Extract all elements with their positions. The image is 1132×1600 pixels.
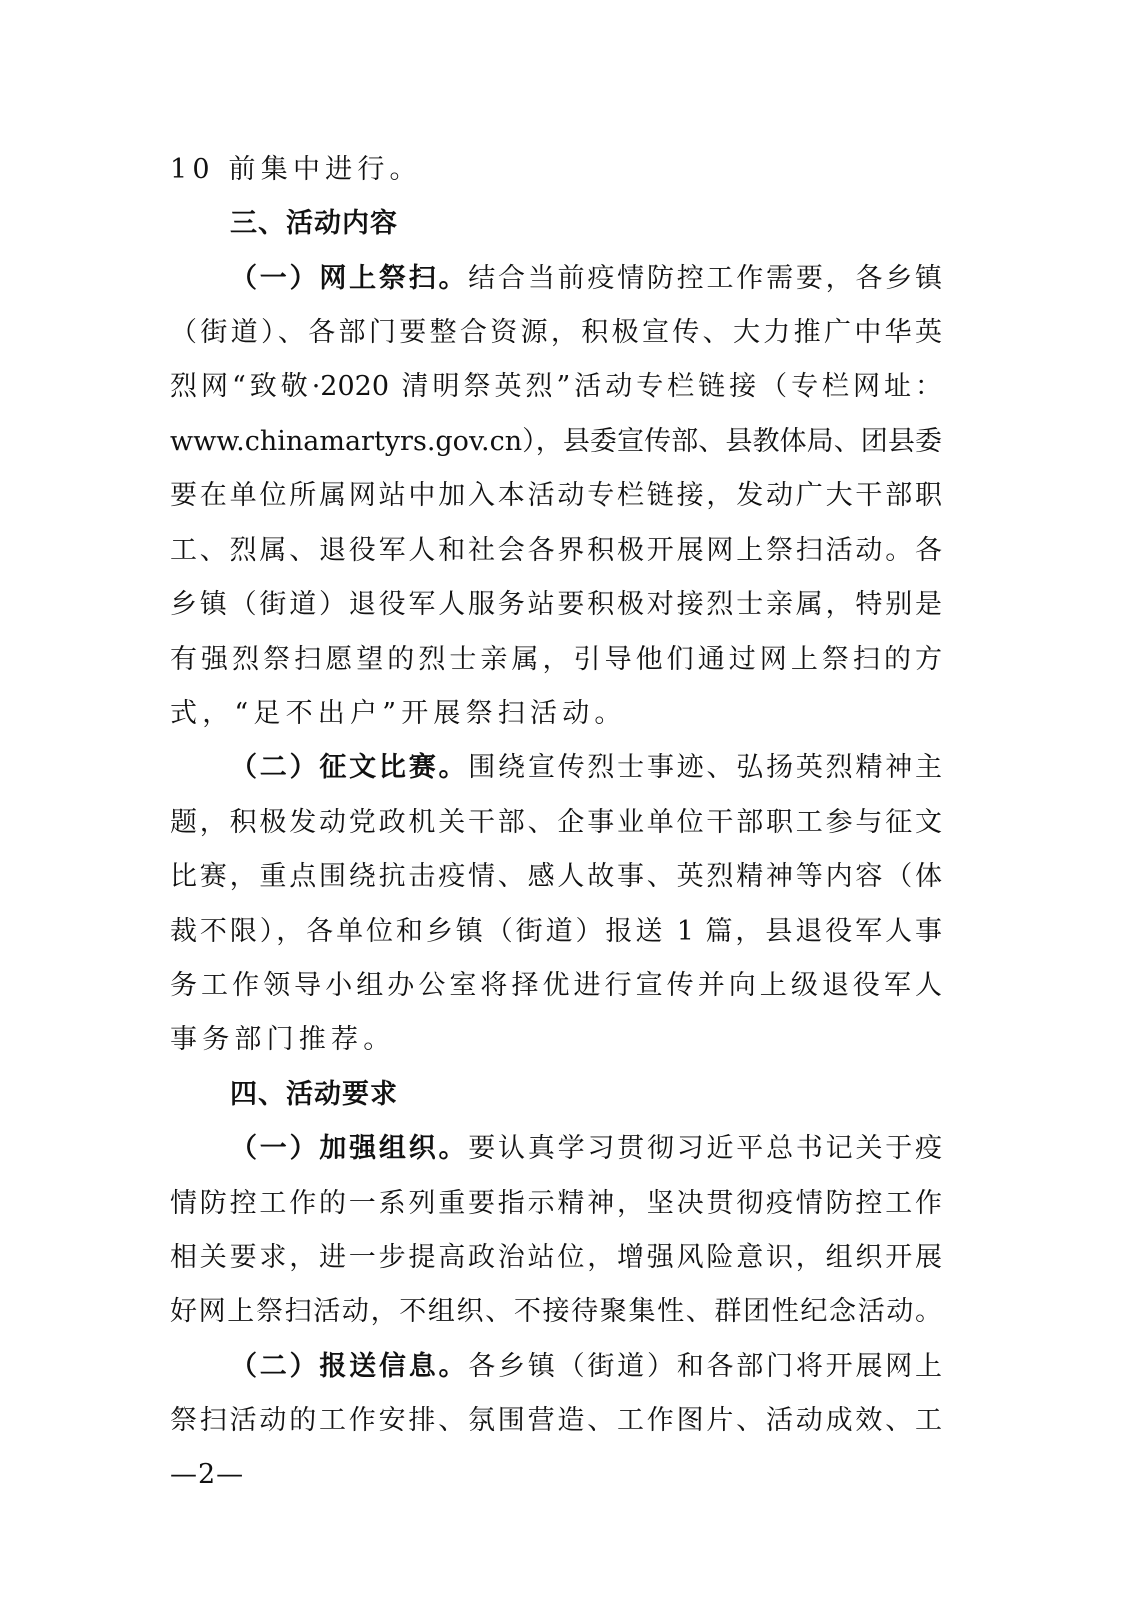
paragraph-line: 务工作领导小组办公室将择优进行宣传并向上级退役军人: [170, 959, 942, 1013]
line-text: 式，“足不出户”开展祭扫活动。: [170, 698, 627, 729]
paragraph-line: 烈网“致敬·2020 清明祭英烈”活动专栏链接（专栏网址：: [170, 360, 942, 414]
paragraph-line: 相关要求，进一步提高政治站位，增强风险意识，组织开展: [170, 1231, 942, 1285]
line-text: 10 前集中进行。: [170, 154, 422, 185]
line-text: 烈网“致敬·2020 清明祭英烈”活动专栏链接（专栏网址：: [170, 371, 942, 402]
line-text: 乡镇（街道）退役军人服务站要积极对接烈士亲属，特别是: [170, 589, 942, 620]
line-text: 工、烈属、退役军人和社会各界积极开展网上祭扫活动。各: [170, 535, 942, 566]
line-text: 有强烈祭扫愿望的烈士亲属，引导他们通过网上祭扫的方: [170, 644, 942, 675]
subheading-strengthen-organization: （一）加强组织。: [230, 1133, 468, 1164]
paragraph-line: 祭扫活动的工作安排、氛围营造、工作图片、活动成效、工: [170, 1394, 942, 1448]
paragraph-line: 乡镇（街道）退役军人服务站要积极对接烈士亲属，特别是: [170, 578, 942, 632]
line-text: 要认真学习贯彻习近平总书记关于疫: [468, 1133, 942, 1164]
line-text: 裁不限），各单位和乡镇（街道）报送 1 篇，县退役军人事: [170, 916, 942, 947]
subheading-report-information: （二）报送信息。: [230, 1351, 468, 1382]
heading-text: 四、活动要求: [230, 1079, 398, 1110]
page-number: —2—: [170, 1455, 244, 1495]
paragraph-line-url: www.chinamartyrs.gov.cn），县委宣传部、县教体局、团县委: [170, 415, 942, 469]
paragraph-line: （二）征文比赛。围绕宣传烈士事迹、弘扬英烈精神主: [170, 741, 942, 795]
paragraph-line: （街道）、各部门要整合资源，积极宣传、大力推广中华英: [170, 306, 942, 360]
paragraph-line: 10 前集中进行。: [170, 143, 942, 197]
line-text: 要在单位所属网站中加入本活动专栏链接，发动广大干部职: [170, 480, 942, 511]
subheading-online-tomb-sweeping: （一）网上祭扫。: [230, 263, 468, 294]
section-heading-4: 四、活动要求: [170, 1068, 942, 1122]
line-text: 情防控工作的一系列重要指示精神，坚决贯彻疫情防控工作: [170, 1188, 942, 1219]
line-text: 好网上祭扫活动，不组织、不接待聚集性、群团性纪念活动。: [170, 1296, 942, 1327]
paragraph-line: 好网上祭扫活动，不组织、不接待聚集性、群团性纪念活动。: [170, 1285, 942, 1339]
paragraph-line: 工、烈属、退役军人和社会各界积极开展网上祭扫活动。各: [170, 524, 942, 578]
paragraph-line: （一）网上祭扫。结合当前疫情防控工作需要，各乡镇: [170, 252, 942, 306]
paragraph-line: 裁不限），各单位和乡镇（街道）报送 1 篇，县退役军人事: [170, 905, 942, 959]
line-text: www.chinamartyrs.gov.cn），县委宣传部、县教体局、团县委: [170, 426, 942, 457]
paragraph-line: 式，“足不出户”开展祭扫活动。: [170, 687, 942, 741]
line-text: 相关要求，进一步提高政治站位，增强风险意识，组织开展: [170, 1242, 942, 1273]
paragraph-line: 有强烈祭扫愿望的烈士亲属，引导他们通过网上祭扫的方: [170, 633, 942, 687]
paragraph-line: 要在单位所属网站中加入本活动专栏链接，发动广大干部职: [170, 469, 942, 523]
line-text: 事务部门推荐。: [170, 1024, 395, 1055]
line-text: 题，积极发动党政机关干部、企事业单位干部职工参与征文: [170, 807, 942, 838]
paragraph-line: 事务部门推荐。: [170, 1013, 942, 1067]
line-text: （街道）、各部门要整合资源，积极宣传、大力推广中华英: [170, 317, 942, 348]
line-text: 务工作领导小组办公室将择优进行宣传并向上级退役军人: [170, 970, 942, 1001]
paragraph-line: 情防控工作的一系列重要指示精神，坚决贯彻疫情防控工作: [170, 1177, 942, 1231]
line-text: 比赛，重点围绕抗击疫情、感人故事、英烈精神等内容（体: [170, 861, 942, 892]
document-page: 10 前集中进行。 三、活动内容 （一）网上祭扫。结合当前疫情防控工作需要，各乡…: [0, 0, 1132, 1600]
section-heading-3: 三、活动内容: [170, 197, 942, 251]
paragraph-line: 比赛，重点围绕抗击疫情、感人故事、英烈精神等内容（体: [170, 850, 942, 904]
line-text: 围绕宣传烈士事迹、弘扬英烈精神主: [468, 752, 942, 783]
paragraph-line: （一）加强组织。要认真学习贯彻习近平总书记关于疫: [170, 1122, 942, 1176]
line-text: 结合当前疫情防控工作需要，各乡镇: [468, 263, 942, 294]
line-text: 祭扫活动的工作安排、氛围营造、工作图片、活动成效、工: [170, 1405, 942, 1436]
paragraph-line: 题，积极发动党政机关干部、企事业单位干部职工参与征文: [170, 796, 942, 850]
line-text: 各乡镇（街道）和各部门将开展网上: [468, 1351, 942, 1382]
heading-text: 三、活动内容: [230, 208, 398, 239]
paragraph-line: （二）报送信息。各乡镇（街道）和各部门将开展网上: [170, 1340, 942, 1394]
subheading-essay-contest: （二）征文比赛。: [230, 752, 468, 783]
